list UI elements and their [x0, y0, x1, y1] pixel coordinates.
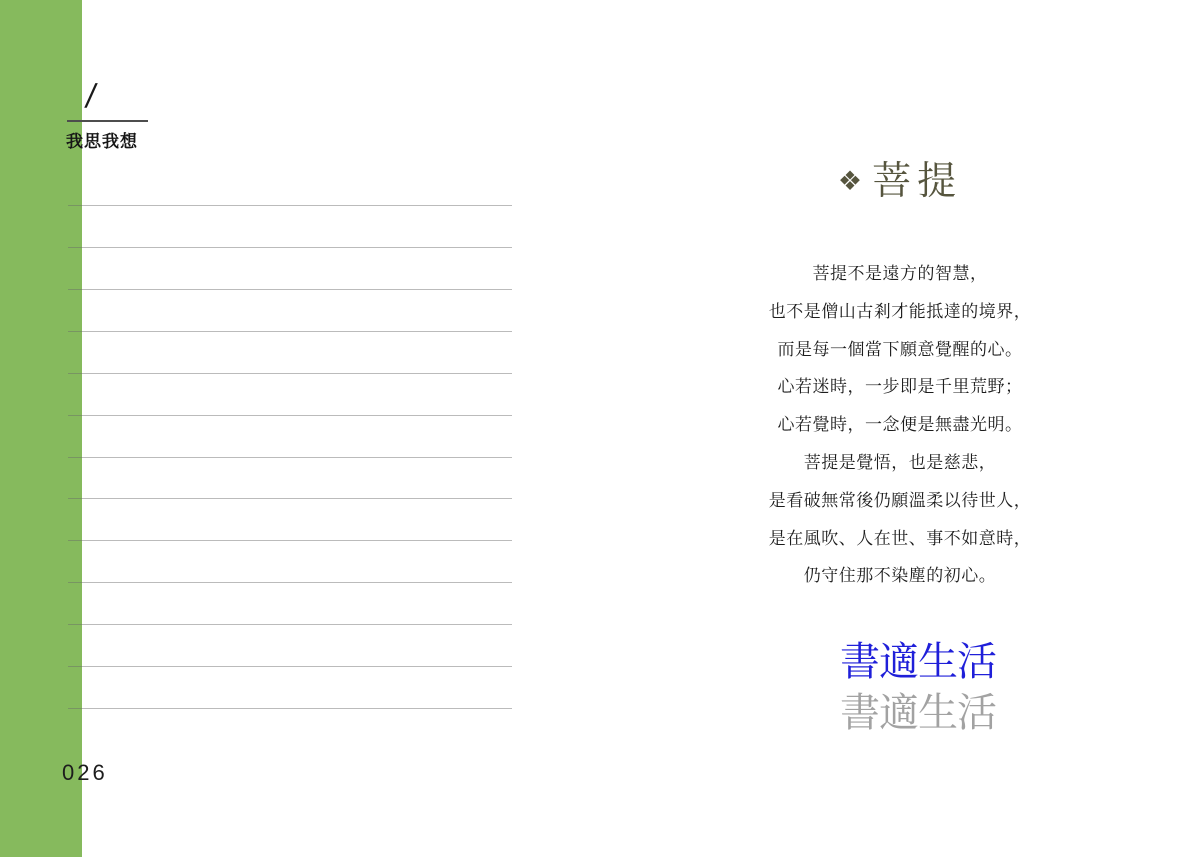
- page-number: 026: [62, 760, 108, 786]
- ruled-line: [68, 582, 512, 583]
- ruled-line: [68, 289, 512, 290]
- poem-line: 是在風吹、人在世、事不如意時，: [700, 520, 1100, 558]
- poem-line: 也不是僧山古剎才能抵達的境界，: [700, 293, 1100, 331]
- ruled-line: [68, 331, 512, 332]
- poem-line: 仍守住那不染塵的初心。: [700, 557, 1100, 595]
- ruled-line: [68, 373, 512, 374]
- ruled-line: [68, 457, 512, 458]
- poem-line: 菩提是覺悟，也是慈悲，: [700, 444, 1100, 482]
- ruled-line: [68, 415, 512, 416]
- poem: 菩提不是遠方的智慧，也不是僧山古剎才能抵達的境界，而是每一個當下願意覺醒的心。心…: [700, 255, 1100, 595]
- poem-title: ❖菩提: [700, 150, 1100, 206]
- poem-line: 而是每一個當下願意覺醒的心。: [700, 331, 1100, 369]
- ruled-line: [68, 540, 512, 541]
- ruled-line: [68, 498, 512, 499]
- poem-line: 菩提不是遠方的智慧，: [700, 255, 1100, 293]
- ruled-line: [68, 247, 512, 248]
- poem-line: 心若迷時，一步即是千里荒野；: [700, 368, 1100, 406]
- section-label: 我思我想: [66, 127, 138, 152]
- section-label-divider: [67, 120, 148, 122]
- watermark-primary: 書適生活: [840, 642, 996, 682]
- ruled-line: [68, 708, 512, 709]
- ruled-line: [68, 666, 512, 667]
- watermark-secondary: 書適生活: [840, 693, 996, 733]
- diamond-marker-icon: ❖: [838, 166, 868, 196]
- ruled-line: [68, 205, 512, 206]
- poem-line: 心若覺時，一念便是無盡光明。: [700, 406, 1100, 444]
- ruled-line: [68, 624, 512, 625]
- poem-line: 是看破無常後仍願溫柔以待世人，: [700, 482, 1100, 520]
- poem-title-text: 菩提: [872, 160, 962, 203]
